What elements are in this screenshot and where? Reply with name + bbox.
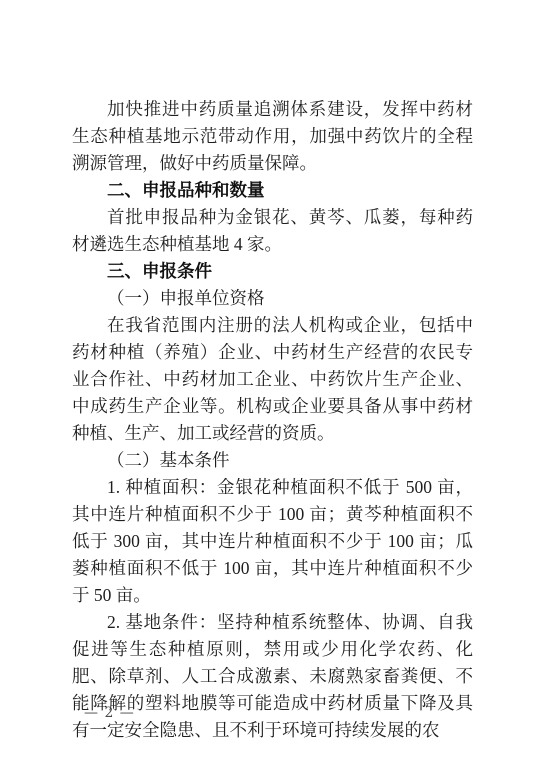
paragraph-base-conditions: 2. 基地条件：坚持种植系统整体、协调、自我促进等生态种植原则，禁用或少用化学农…	[72, 609, 473, 744]
section-heading-varieties-and-quantity: 二、申报品种和数量	[72, 177, 473, 204]
paragraph-first-batch-varieties: 首批申报品种为金银花、黄芩、瓜蒌，每种药材遴选生态种植基地 4 家。	[72, 204, 473, 258]
page-footer: — 2 —	[84, 705, 135, 721]
paragraph-applicant-qualification: 在我省范围内注册的法人机构或企业，包括中药材种植（养殖）企业、中药材生产经营的农…	[72, 312, 473, 447]
paragraph-planting-area: 1. 种植面积：金银花种植面积不低于 500 亩，其中连片种植面积不少于 100…	[72, 474, 473, 609]
page-number: — 2 —	[84, 705, 135, 721]
document-page: 加快推进中药质量追溯体系建设，发挥中药材生态种植基地示范带动作用，加强中药饮片的…	[0, 0, 543, 768]
subheading-basic-conditions: （二）基本条件	[72, 447, 473, 474]
document-body: 加快推进中药质量追溯体系建设，发挥中药材生态种植基地示范带动作用，加强中药饮片的…	[72, 96, 473, 744]
subheading-applicant-qualification: （一）申报单位资格	[72, 285, 473, 312]
paragraph-quality-traceability: 加快推进中药质量追溯体系建设，发挥中药材生态种植基地示范带动作用，加强中药饮片的…	[72, 96, 473, 177]
section-heading-application-conditions: 三、申报条件	[72, 258, 473, 285]
